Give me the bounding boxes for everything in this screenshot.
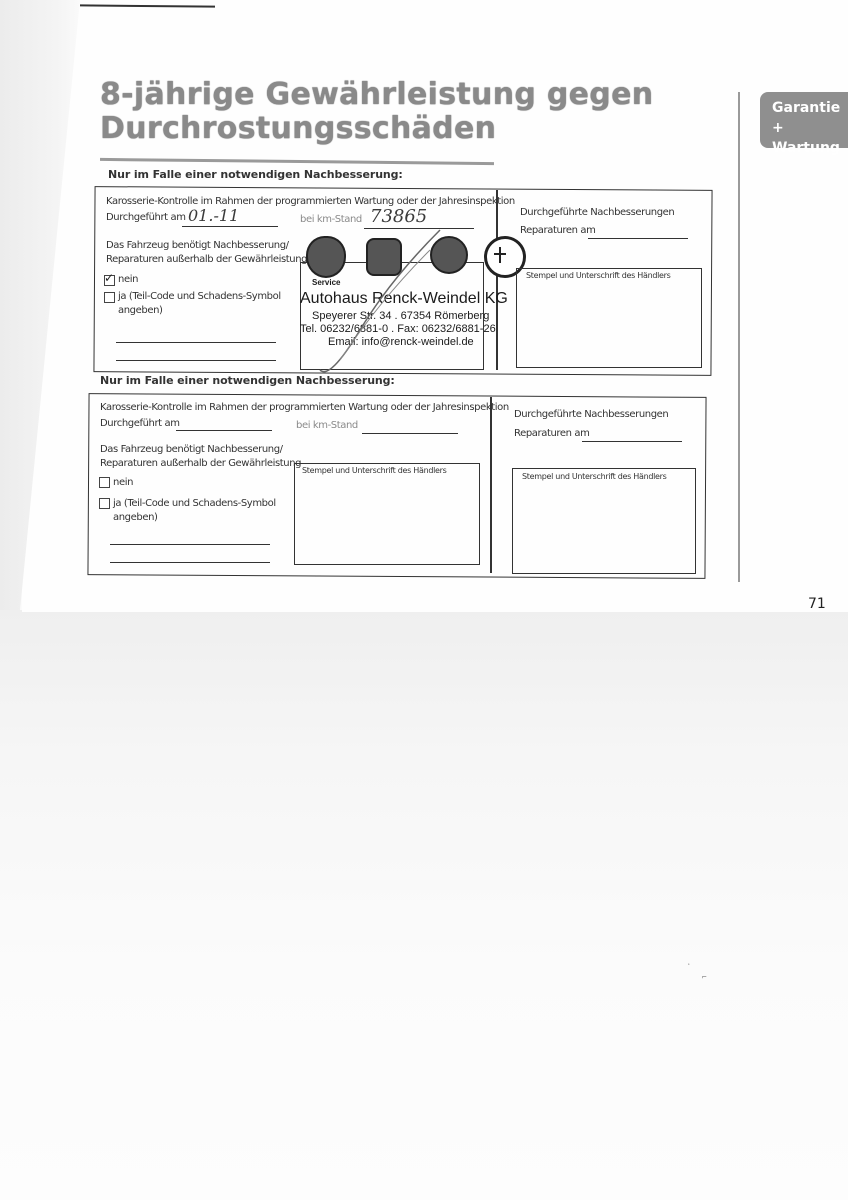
title-line-2: Durchrostungsschäden — [100, 112, 720, 146]
form2-performed-on-field[interactable] — [176, 430, 272, 431]
form2-option-ja-label: ja (Teil-Code und Schadens-Symbol — [113, 498, 276, 509]
form2-intro: Karosserie-Kontrolle im Rahmen der progr… — [100, 402, 509, 413]
form1-heading: Nur im Falle einer notwendigen Nachbesse… — [108, 168, 403, 181]
form1-repairs-heading: Durchgeführte Nachbesserungen — [520, 207, 674, 218]
form1-repairs-stamp-label: Stempel und Unterschrift des Händlers — [526, 271, 671, 280]
form2-needs-repair-line2: Reparaturen außerhalb der Gewährleistung — [100, 458, 301, 469]
form2-mileage-field[interactable] — [362, 433, 458, 434]
form1-checkbox-nein[interactable]: ✓ — [104, 275, 115, 286]
form1-performed-on-line — [182, 226, 278, 227]
form2-dealer-stamp-label: Stempel und Unterschrift des Händlers — [302, 466, 447, 475]
form2-repairs-heading: Durchgeführte Nachbesserungen — [514, 409, 668, 420]
form2-heading: Nur im Falle einer notwendigen Nachbesse… — [100, 374, 395, 387]
form1-needs-repair-line1: Das Fahrzeug benötigt Nachbesserung/ — [106, 240, 289, 251]
form2-code-line-2[interactable] — [110, 562, 270, 563]
form2-checkbox-ja[interactable] — [99, 498, 110, 509]
scan-speck: ʻ — [688, 962, 690, 971]
section-tab: Garantie + Wartung — [760, 92, 848, 148]
form2-option-nein-label: nein — [113, 477, 133, 488]
scan-speck: ⌐ — [702, 972, 707, 981]
form2-repairs-on-label: Reparaturen am — [514, 428, 589, 439]
page-number: 71 — [808, 596, 826, 612]
title-line-1: 8-jährige Gewährleistung gegen — [100, 78, 720, 112]
form2-checkbox-nein[interactable] — [99, 477, 110, 488]
form1-column-divider — [496, 190, 498, 370]
page-title: 8-jährige Gewährleistung gegen Durchrost… — [100, 78, 720, 146]
form1-option-ja-label2: angeben) — [118, 305, 163, 316]
checkmark-icon: ✓ — [104, 272, 114, 284]
form1-repairs-stamp-box — [516, 268, 702, 368]
form2-option-ja-label2: angeben) — [113, 512, 158, 523]
section-tab-line-2: Wartung — [772, 138, 848, 158]
form1-repairs-on-line[interactable] — [588, 238, 688, 239]
signature-stroke — [300, 220, 450, 380]
form2-repairs-stamp-label: Stempel und Unterschrift des Händlers — [522, 472, 667, 481]
form1-code-line-2 — [116, 360, 276, 361]
section-tab-line-1: Garantie + — [772, 98, 848, 138]
form2-code-line-1[interactable] — [110, 544, 270, 545]
form1-option-ja-label: ja (Teil-Code und Schadens-Symbol — [118, 291, 281, 302]
form1-performed-on-field[interactable]: 01.-11 — [188, 206, 239, 225]
form1-repairs-on-label: Reparaturen am — [520, 225, 595, 236]
form1-option-nein-label: nein — [118, 274, 138, 285]
form1-code-line-1 — [116, 342, 276, 343]
form2-column-divider — [490, 397, 492, 573]
form2-mileage-label: bei km-Stand — [296, 420, 358, 431]
form1-checkbox-ja[interactable] — [104, 292, 115, 303]
form1-intro: Karosserie-Kontrolle im Rahmen der progr… — [106, 196, 515, 207]
form1-performed-on-label: Durchgeführt am — [106, 212, 186, 223]
scan-background — [0, 610, 848, 1200]
form2-repairs-on-field[interactable] — [582, 441, 682, 442]
form2-performed-on-label: Durchgeführt am — [100, 418, 180, 429]
side-divider — [738, 92, 740, 582]
form1-needs-repair-line2: Reparaturen außerhalb der Gewährleistung — [106, 254, 307, 265]
form2-dealer-stamp-box — [294, 463, 480, 565]
form2-repairs-stamp-box — [512, 468, 696, 574]
form2-needs-repair-line1: Das Fahrzeug benötigt Nachbesserung/ — [100, 444, 283, 455]
